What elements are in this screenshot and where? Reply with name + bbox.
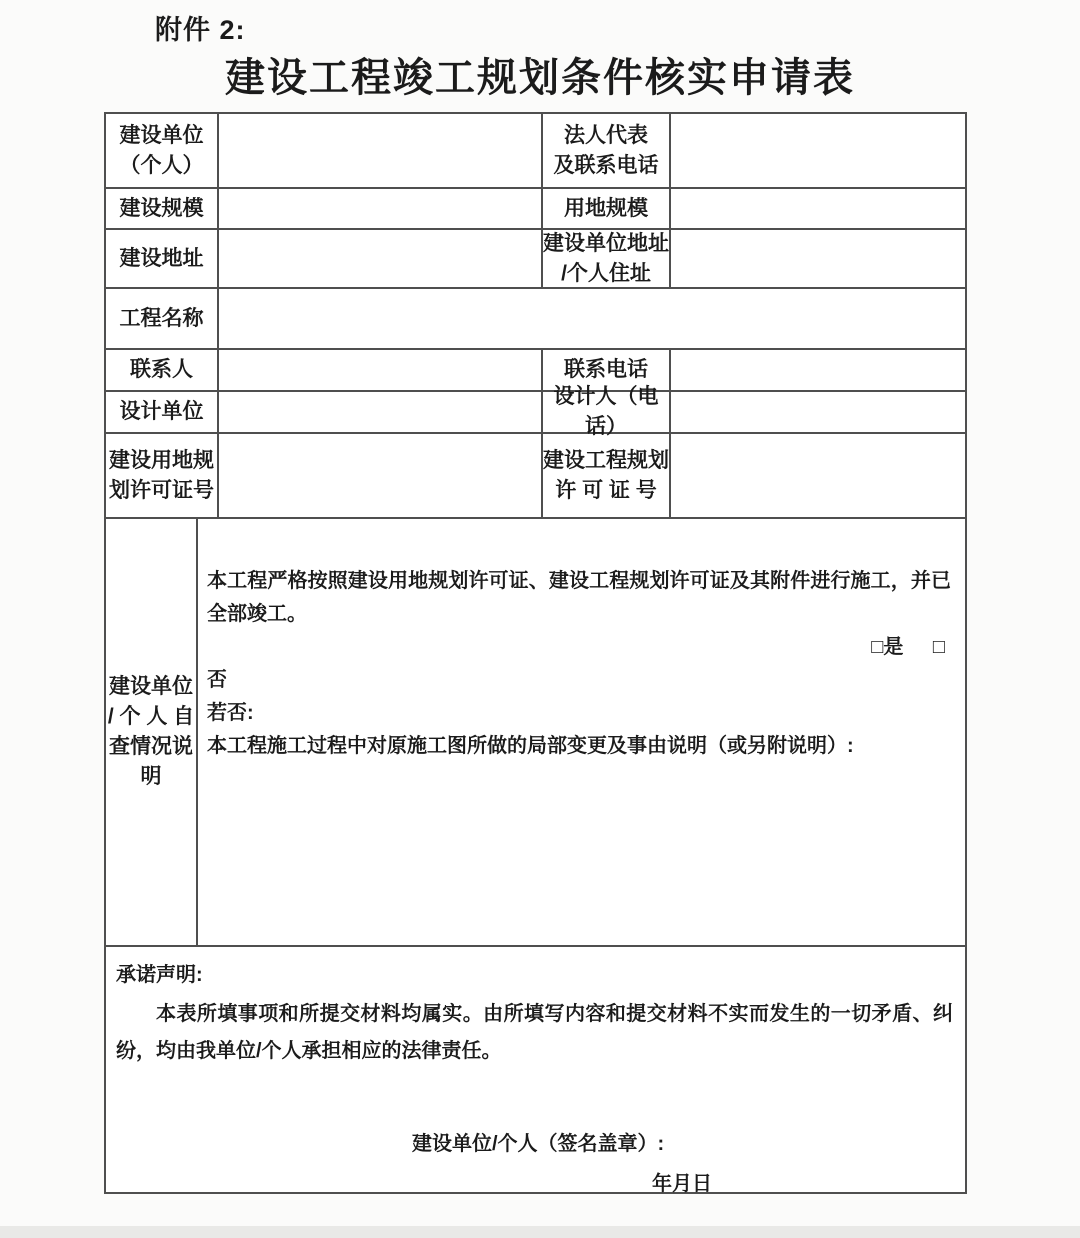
declaration-cell: 承诺声明: 本表所填事项和所提交材料均属实。由所填写内容和提交材料不实而发生的一… <box>106 947 965 1192</box>
label-land-scale: 用地规模 <box>543 189 671 228</box>
yes-no-options: □是 □ <box>207 631 951 664</box>
field-project-planning-permit-no[interactable] <box>671 434 965 517</box>
field-land-scale[interactable] <box>671 189 965 228</box>
label-contact-person: 联系人 <box>106 350 219 390</box>
scanned-form-page: { "page": { "attachment_label": "附件 2:",… <box>0 0 1080 1238</box>
scan-edge-shadow <box>0 1226 1080 1238</box>
field-project-name[interactable] <box>219 289 965 348</box>
label-design-unit: 设计单位 <box>106 392 219 432</box>
if-no-label: 若否: <box>207 697 951 730</box>
date-line[interactable]: 年月日 <box>652 1167 712 1196</box>
attachment-label: 附件 2: <box>155 8 246 47</box>
declaration-row: 承诺声明: 本表所填事项和所提交材料均属实。由所填写内容和提交材料不实而发生的一… <box>106 947 965 1192</box>
table-row: 建设用地规 划许可证号 建设工程规划 许 可 证 号 <box>106 434 965 519</box>
label-project-name: 工程名称 <box>106 289 219 348</box>
table-row: 建设地址 建设单位地址 /个人住址 <box>106 230 965 289</box>
label-construction-unit: 建设单位 （个人） <box>106 114 219 187</box>
label-designer-phone: 设计人（电话） <box>543 392 671 432</box>
self-check-row: 建设单位 / 个 人 自 查情况说 明 本工程严格按照建设用地规划许可证、建设工… <box>106 519 965 947</box>
label-project-planning-permit-no: 建设工程规划 许 可 证 号 <box>543 434 671 517</box>
label-unit-or-personal-address: 建设单位地址 /个人住址 <box>543 230 671 287</box>
table-row: 联系人 联系电话 <box>106 350 965 392</box>
label-construction-address: 建设地址 <box>106 230 219 287</box>
application-form-table: 建设单位 （个人） 法人代表 及联系电话 建设规模 用地规模 建设地址 建设单位… <box>104 112 967 1194</box>
field-legal-rep-phone[interactable] <box>671 114 965 187</box>
label-construction-scale: 建设规模 <box>106 189 219 228</box>
self-check-statement: 本工程严格按照建设用地规划许可证、建设工程规划许可证及其附件进行施工，并已全部竣… <box>207 565 951 631</box>
field-construction-scale[interactable] <box>219 189 543 228</box>
label-self-check: 建设单位 / 个 人 自 查情况说 明 <box>106 519 198 945</box>
field-unit-or-personal-address[interactable] <box>671 230 965 287</box>
field-land-planning-permit-no[interactable] <box>219 434 543 517</box>
table-row: 设计单位 设计人（电话） <box>106 392 965 434</box>
field-construction-unit[interactable] <box>219 114 543 187</box>
field-contact-person[interactable] <box>219 350 543 390</box>
no-option-wrapped-char: 否 <box>207 664 951 697</box>
if-no-note: 本工程施工过程中对原施工图所做的局部变更及事由说明（或另附说明）: <box>207 730 951 763</box>
page-title: 建设工程竣工规划条件核实申请表 <box>0 46 1080 103</box>
table-row: 工程名称 <box>106 289 965 350</box>
self-check-content[interactable]: 本工程严格按照建设用地规划许可证、建设工程规划许可证及其附件进行施工，并已全部竣… <box>198 519 965 945</box>
signature-label[interactable]: 建设单位/个人（签名盖章）: <box>412 1127 664 1156</box>
table-row: 建设规模 用地规模 <box>106 189 965 230</box>
declaration-heading: 承诺声明: <box>116 960 953 990</box>
table-row: 建设单位 （个人） 法人代表 及联系电话 <box>106 114 965 189</box>
field-design-unit[interactable] <box>219 392 543 432</box>
field-contact-phone[interactable] <box>671 350 965 390</box>
field-designer-phone[interactable] <box>671 392 965 432</box>
checkbox-yes[interactable]: □是 <box>871 636 903 658</box>
field-construction-address[interactable] <box>219 230 543 287</box>
checkbox-no[interactable]: □ <box>933 636 945 658</box>
label-legal-rep-phone: 法人代表 及联系电话 <box>543 114 671 187</box>
declaration-body: 本表所填事项和所提交材料均属实。由所填写内容和提交材料不实而发生的一切矛盾、纠纷… <box>116 996 953 1070</box>
label-land-planning-permit-no: 建设用地规 划许可证号 <box>106 434 219 517</box>
